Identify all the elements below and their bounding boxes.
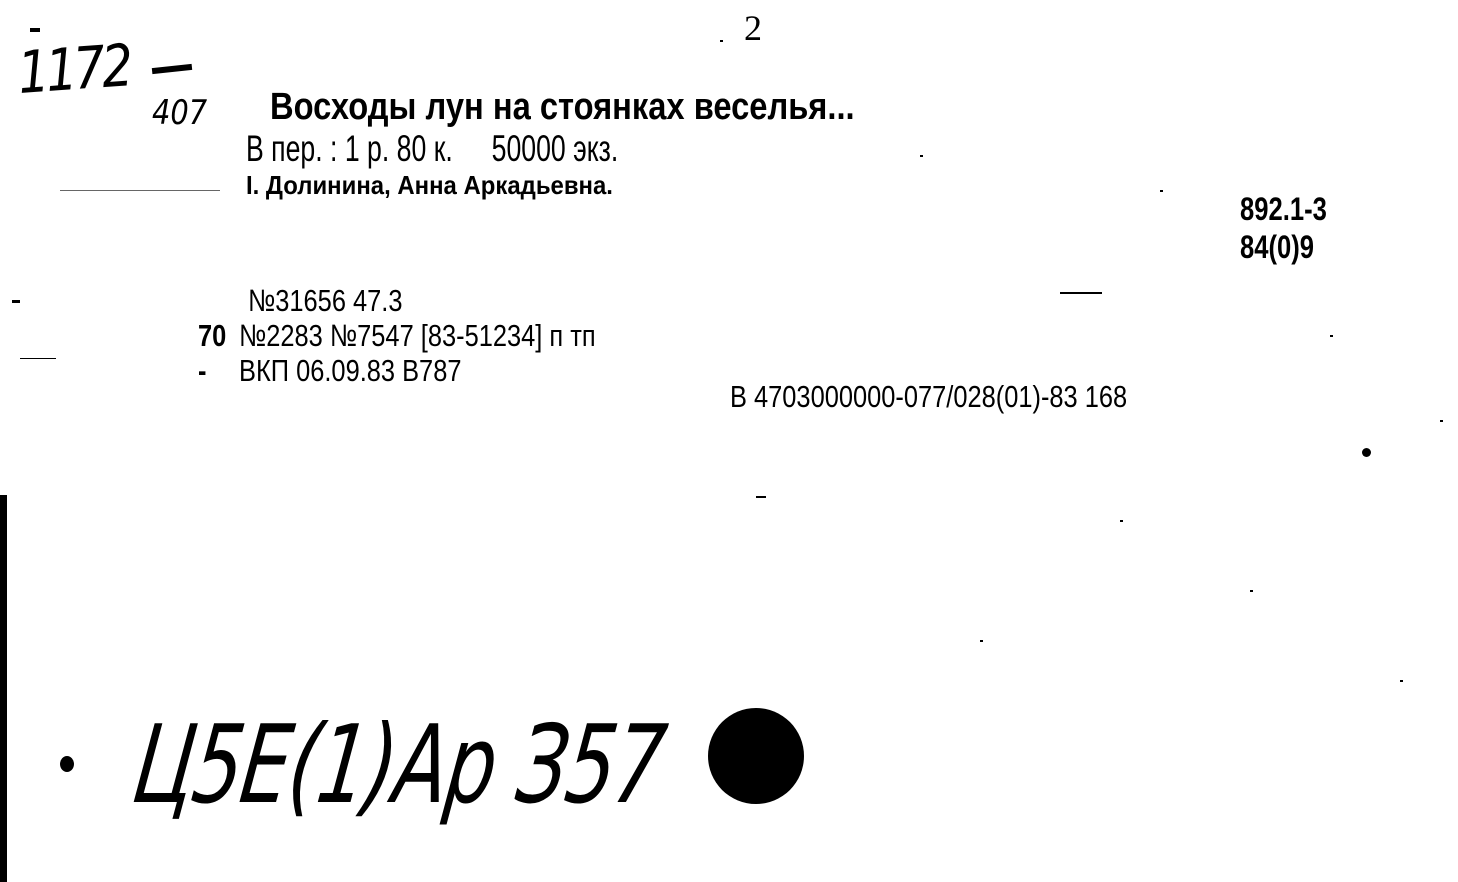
scan-speck	[980, 640, 983, 642]
ink-dot	[60, 756, 74, 772]
technical-line-prefix: 70	[198, 320, 239, 351]
catalog-card: 2 1172 407 Восходы лун на стоянках весел…	[0, 0, 1458, 882]
classification-code-1: 892.1-3	[1240, 193, 1349, 225]
scan-speck	[20, 358, 56, 359]
scan-speck	[1330, 335, 1333, 337]
scan-speck	[1400, 680, 1403, 682]
book-title: Восходы лун на стоянках веселья...	[270, 88, 950, 126]
punch-hole	[708, 708, 804, 804]
scan-speck	[60, 190, 220, 191]
handwritten-inventory-number: 1172	[16, 36, 132, 102]
author-entry-text: I. Долинина, Анна Аркадьевна.	[246, 172, 613, 198]
scan-speck	[1160, 190, 1163, 192]
ink-dot	[1362, 448, 1371, 457]
publisher-code-line: В 4703000000-077/028(01)-83 168	[730, 381, 1214, 412]
scan-speck	[720, 40, 723, 42]
technical-line-2: 70№2283 №7547 [83-51234] п тп	[198, 320, 683, 351]
scan-speck	[920, 155, 923, 157]
handwritten-fraction-bar	[152, 64, 192, 74]
scan-speck	[1250, 590, 1253, 592]
book-title-text: Восходы лун на стоянках веселья...	[270, 88, 855, 126]
handwritten-inventory-sub: 407	[152, 96, 207, 130]
price-line-text: В пер. : 1 р. 80 к.50000 экз.	[246, 130, 618, 167]
scan-speck	[12, 300, 20, 303]
technical-line-1: №31656 47.3	[248, 285, 436, 316]
scan-speck	[30, 28, 40, 32]
technical-line-3: -ВКП 06.09.83 В787	[198, 355, 519, 386]
handwritten-shelfmark: Ц5Е(1)Ар З57	[128, 712, 670, 820]
scan-speck	[1120, 520, 1123, 522]
binding-price: В пер. : 1 р. 80 к.	[246, 128, 453, 169]
classification-code-2: 84(0)9	[1240, 231, 1333, 263]
price-line: В пер. : 1 р. 80 к.50000 экз.	[246, 130, 763, 167]
scan-speck	[756, 496, 766, 498]
page-number: 2	[744, 10, 762, 46]
scan-speck	[1060, 292, 1102, 294]
scan-speck	[1440, 420, 1443, 422]
technical-line-prefix: -	[198, 355, 239, 386]
author-entry: I. Долинина, Анна Аркадьевна.	[246, 172, 645, 198]
print-run: 50000 экз.	[492, 128, 619, 169]
card-edge-shadow	[0, 495, 7, 882]
